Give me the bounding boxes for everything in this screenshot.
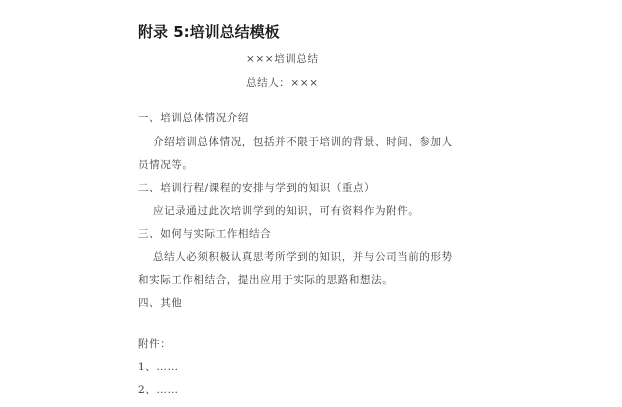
author-line: 总结人：××× [246,75,319,90]
section-heading-2: 二、培训行程/课程的安排与学到的知识（重点） [138,180,375,195]
document-title: 附录 5:培训总结模板 [138,21,280,42]
attachment-item-1: 1、…… [138,359,179,374]
attachments-label: 附件： [138,336,171,351]
section-body-1-line-2: 员情况等。 [138,157,194,172]
section-heading-3: 三、如何与实际工作相结合 [138,226,271,241]
section-heading-1: 一、培训总体情况介绍 [138,110,249,125]
section-body-3-line-2: 和实际工作相结合，提出应用于实际的思路和想法。 [138,272,393,287]
section-body-1-line-1: 介绍培训总体情况，包括并不限于培训的背景、时间、参加人 [153,134,453,149]
section-body-3-line-1: 总结人必须积极认真思考所学到的知识，并与公司当前的形势 [153,249,453,264]
section-body-2-line-1: 应记录通过此次培训学到的知识，可有资料作为附件。 [153,203,419,218]
document-subtitle: ×××培训总结 [246,51,319,66]
section-heading-4: 四、其他 [138,295,182,310]
attachment-item-2: 2、…… [138,382,179,397]
